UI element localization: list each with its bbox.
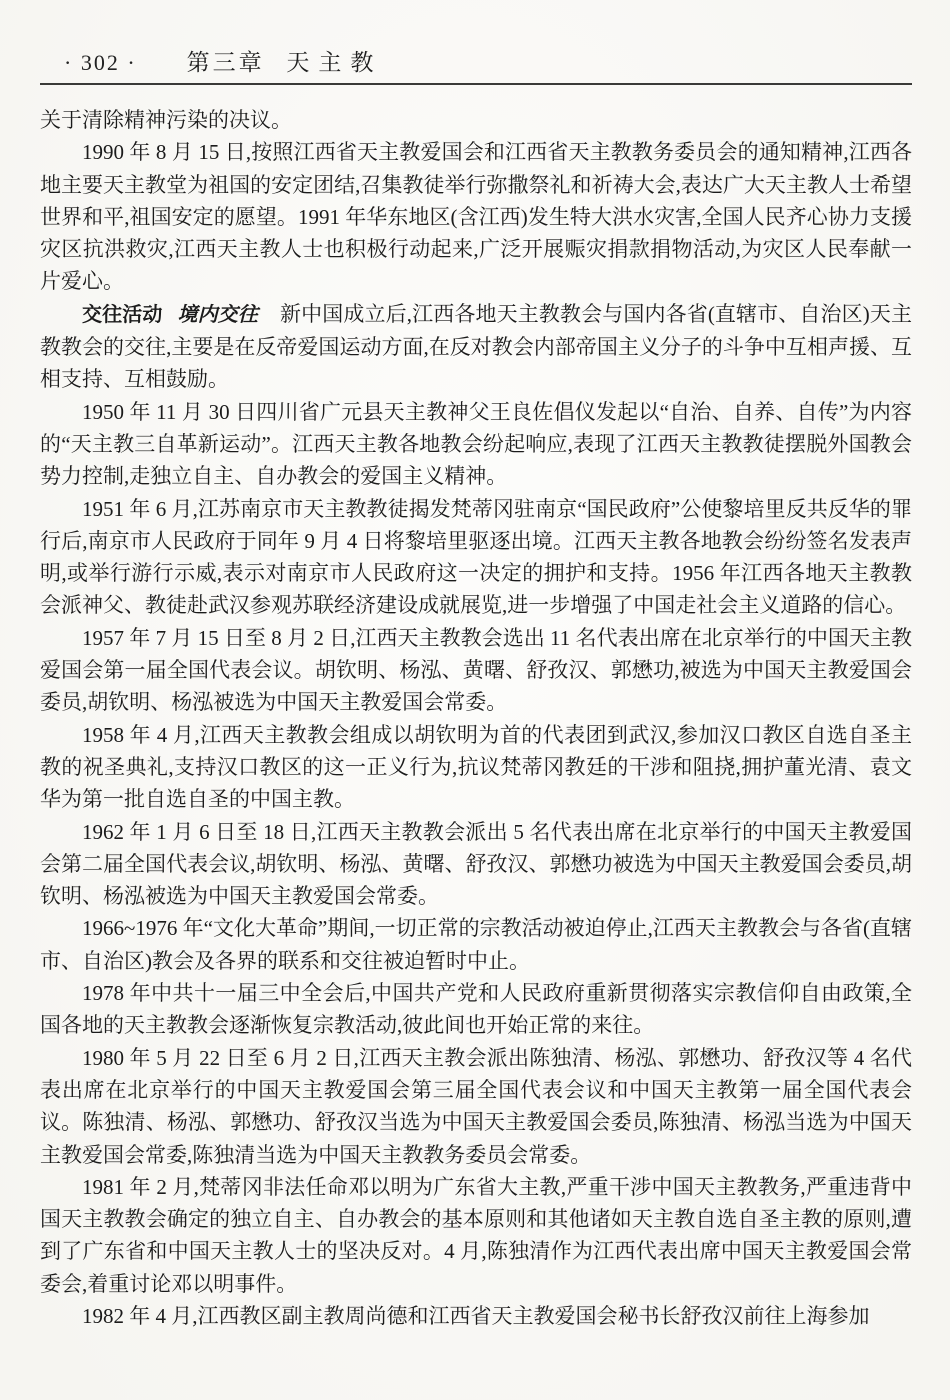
paragraph: 1958 年 4 月,江西天主教教会组成以胡钦明为首的代表团到武汉,参加汉口教区… xyxy=(40,719,912,816)
paragraph-lead: 交往活动 xyxy=(82,302,163,326)
paragraph-text: 新中国成立后,江西各地天主教教会与国内各省(直辖市、自治区)天主教教会的交往,主… xyxy=(40,302,912,392)
page-body: 关于清除精神污染的决议。1990 年 8 月 15 日,按照江西省天主教爱国会和… xyxy=(40,104,912,1332)
book-page: · 302 · 第三章 天主教 关于清除精神污染的决议。1990 年 8 月 1… xyxy=(0,0,950,1400)
paragraph: 1966~1976 年“文化大革命”期间,一切正常的宗教活动被迫停止,江西天主教… xyxy=(40,912,912,977)
paragraph-text: 1957 年 7 月 15 日至 8 月 2 日,江西天主教教会选出 11 名代… xyxy=(40,626,912,715)
paragraph-text: 1950 年 11 月 30 日四川省广元县天主教神父王良佐倡仪发起以“自治、自… xyxy=(40,400,912,489)
paragraph: 1982 年 4 月,江西教区副主教周尚德和江西省天主教爱国会秘书长舒孜汉前往上… xyxy=(40,1300,912,1332)
paragraph: 1950 年 11 月 30 日四川省广元县天主教神父王良佐倡仪发起以“自治、自… xyxy=(40,396,912,493)
paragraph-text: 1990 年 8 月 15 日,按照江西省天主教爱国会和江西省天主教教务委员会的… xyxy=(40,140,912,293)
paragraph-text: 关于清除精神污染的决议。 xyxy=(40,108,292,132)
paragraph: 1980 年 5 月 22 日至 6 月 2 日,江西天主教会派出陈独清、杨泓、… xyxy=(40,1042,912,1171)
paragraph: 1962 年 1 月 6 日至 18 日,江西天主教教会派出 5 名代表出席在北… xyxy=(40,816,912,913)
paragraph-text: 1978 年中共十一届三中全会后,中国共产党和人民政府重新贯彻落实宗教信仰自由政… xyxy=(40,981,912,1037)
paragraph: 1990 年 8 月 15 日,按照江西省天主教爱国会和江西省天主教教务委员会的… xyxy=(40,136,912,297)
paragraph: 交往活动境内交往新中国成立后,江西各地天主教教会与国内各省(直辖市、自治区)天主… xyxy=(40,298,912,396)
paragraph: 关于清除精神污染的决议。 xyxy=(40,104,912,136)
paragraph-text: 1981 年 2 月,梵蒂冈非法任命邓以明为广东省大主教,严重干涉中国天主教教务… xyxy=(40,1175,912,1296)
paragraph: 1978 年中共十一届三中全会后,中国共产党和人民政府重新贯彻落实宗教信仰自由政… xyxy=(40,977,912,1042)
paragraph-lead: 境内交往 xyxy=(178,304,259,326)
paragraph-text: 1982 年 4 月,江西教区副主教周尚德和江西省天主教爱国会秘书长舒孜汉前往上… xyxy=(82,1304,870,1328)
paragraph-text: 1951 年 6 月,江苏南京市天主教教徒揭发梵蒂冈驻南京“国民政府”公使黎培里… xyxy=(40,497,912,618)
paragraph-text: 1980 年 5 月 22 日至 6 月 2 日,江西天主教会派出陈独清、杨泓、… xyxy=(40,1046,912,1167)
chapter-label: 第三章 xyxy=(187,50,265,75)
paragraph-text: 1966~1976 年“文化大革命”期间,一切正常的宗教活动被迫停止,江西天主教… xyxy=(40,916,912,972)
page-number: · 302 · xyxy=(64,50,137,76)
header-rule xyxy=(40,83,912,85)
paragraph-text: 1958 年 4 月,江西天主教教会组成以胡钦明为首的代表团到武汉,参加汉口教区… xyxy=(40,723,912,812)
paragraph: 1957 年 7 月 15 日至 8 月 2 日,江西天主教教会选出 11 名代… xyxy=(40,622,912,719)
paragraph: 1981 年 2 月,梵蒂冈非法任命邓以明为广东省大主教,严重干涉中国天主教教务… xyxy=(40,1171,912,1300)
chapter-title: 天主教 xyxy=(286,50,382,75)
paragraph-text: 1962 年 1 月 6 日至 18 日,江西天主教教会派出 5 名代表出席在北… xyxy=(40,820,912,909)
paragraph: 1951 年 6 月,江苏南京市天主教教徒揭发梵蒂冈驻南京“国民政府”公使黎培里… xyxy=(40,493,912,622)
chapter-heading: 第三章 天主教 xyxy=(187,44,383,77)
page-header: · 302 · 第三章 天主教 xyxy=(40,44,912,74)
